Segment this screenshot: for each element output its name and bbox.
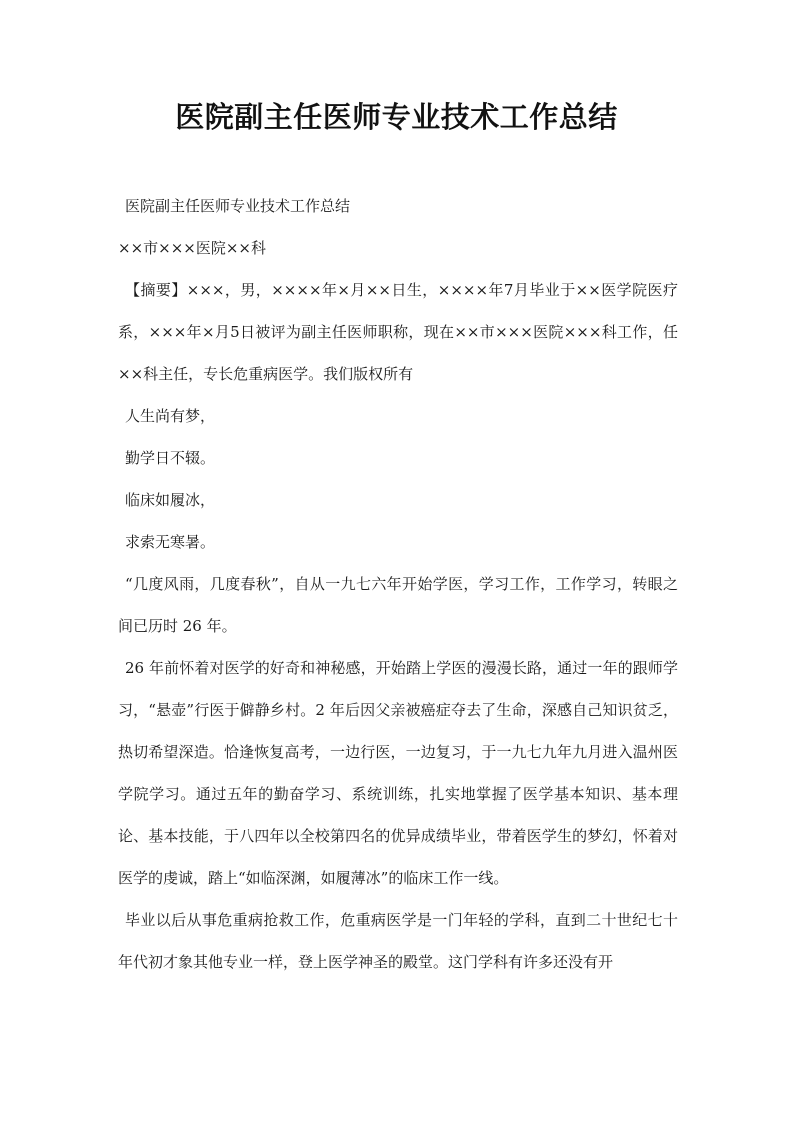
poem-line-1: 人生尚有梦， bbox=[118, 395, 678, 437]
poem-line-4: 求索无寒暑。 bbox=[118, 521, 678, 563]
paragraph-abstract: 【摘要】×××，男，××××年×月××日生，××××年7月毕业于××医学院医疗系… bbox=[118, 269, 678, 395]
poem-line-3: 临床如履冰， bbox=[118, 479, 678, 521]
document-body: 医院副主任医师专业技术工作总结 ××市×××医院××科 【摘要】×××，男，××… bbox=[118, 185, 678, 983]
paragraph-years: “几度风雨，几度春秋”，自从一九七六年开始学医，学习工作，工作学习，转眼之间已历… bbox=[118, 563, 678, 647]
document-title: 医院副主任医师专业技术工作总结 bbox=[0, 97, 793, 137]
paragraph-career: 毕业以后从事危重病抢救工作，危重病医学是一门年轻的学科，直到二十世纪七十年代初才… bbox=[118, 899, 678, 983]
paragraph-education: 26 年前怀着对医学的好奇和神秘感，开始踏上学医的漫漫长路，通过一年的跟师学习，… bbox=[118, 647, 678, 899]
poem-line-2: 勤学日不辍。 bbox=[118, 437, 678, 479]
paragraph-affiliation: ××市×××医院××科 bbox=[118, 227, 678, 269]
paragraph-subtitle: 医院副主任医师专业技术工作总结 bbox=[118, 185, 678, 227]
document-page: 医院副主任医师专业技术工作总结 医院副主任医师专业技术工作总结 ××市×××医院… bbox=[0, 0, 793, 1122]
